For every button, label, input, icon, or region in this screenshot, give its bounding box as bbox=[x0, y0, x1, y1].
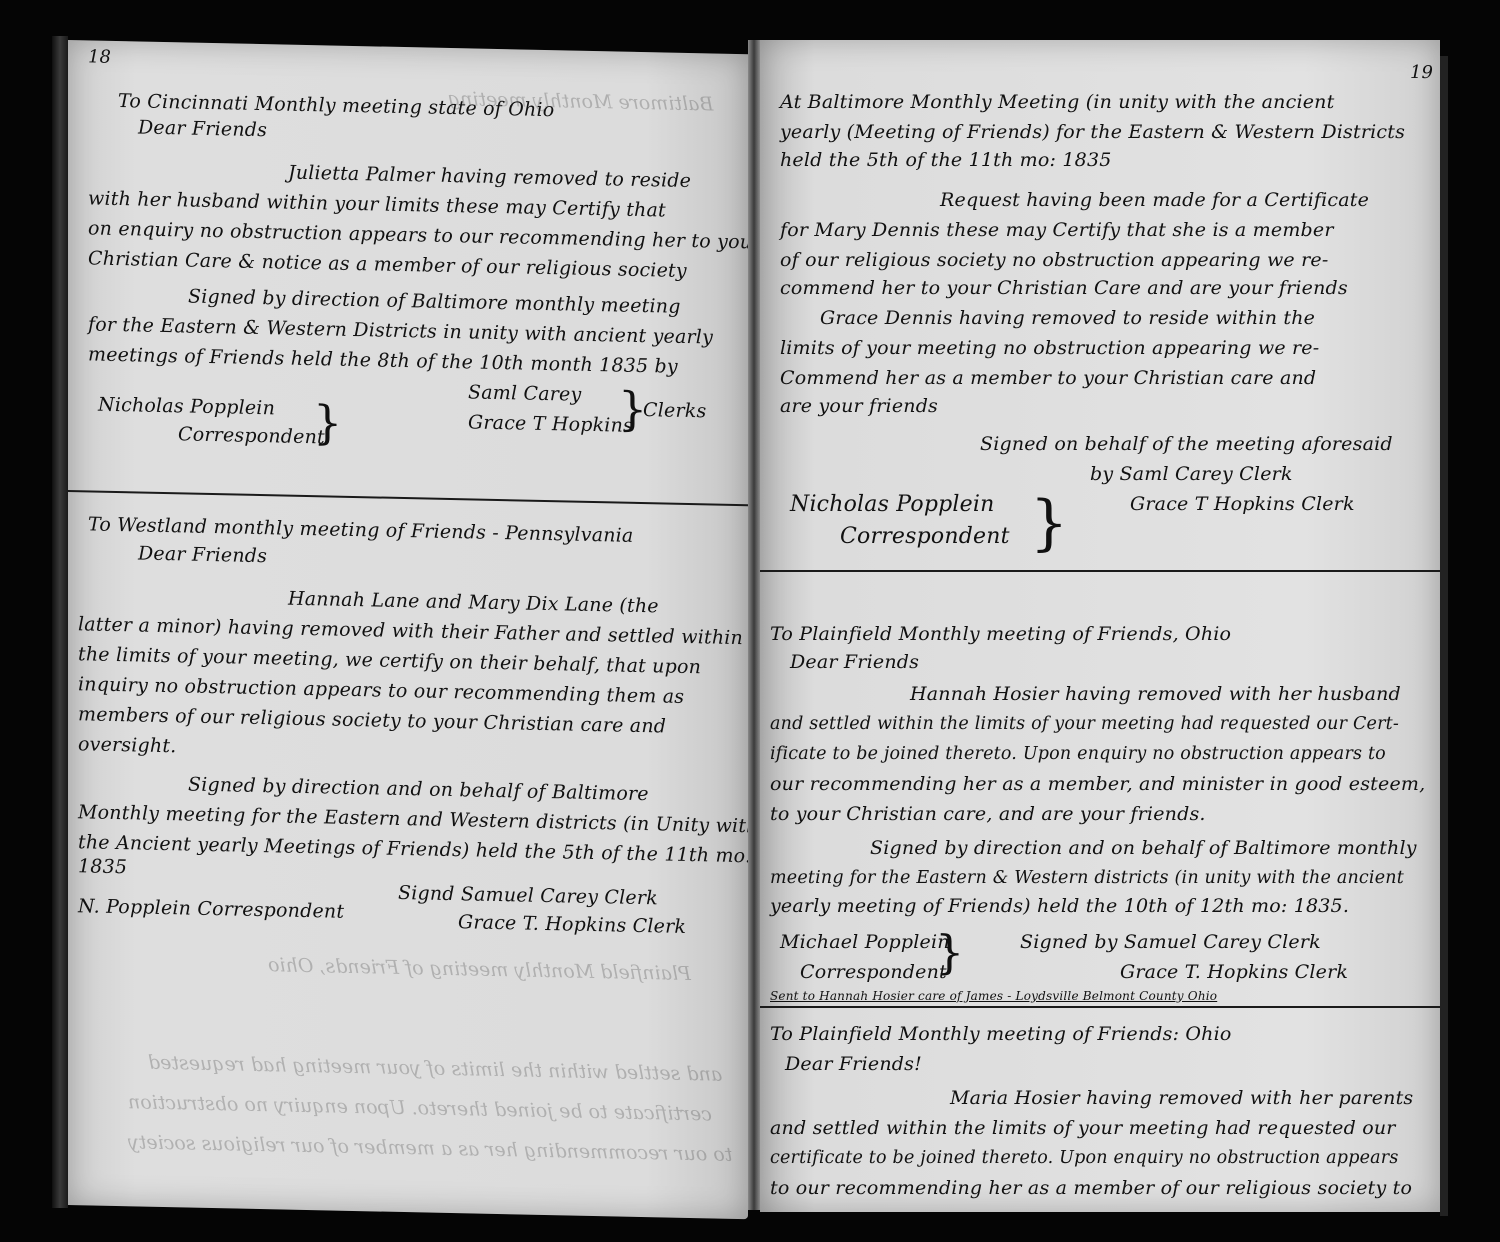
forwarding-note: Sent to Hannah Hosier care of James - Lo… bbox=[770, 988, 1217, 1004]
clerks-label: Clerks bbox=[643, 396, 706, 426]
entry-address: To Plainfield Monthly meeting of Friends… bbox=[770, 1020, 1232, 1049]
book-right-edge bbox=[1440, 56, 1448, 1216]
correspondent-name: Nicholas Popplein bbox=[790, 490, 994, 519]
entry-salutation: Dear Friends bbox=[138, 539, 267, 571]
entry-salutation: Dear Friends bbox=[790, 648, 919, 677]
entry-body-line: are your friends bbox=[780, 392, 938, 421]
brace-icon: } bbox=[1030, 488, 1068, 558]
book-gutter bbox=[748, 40, 760, 1210]
entry-body-line: 1835 bbox=[78, 852, 127, 882]
page-number: 18 bbox=[88, 46, 111, 67]
entry-body-line: our recommending her as a member, and mi… bbox=[770, 770, 1425, 799]
entry-salutation: Dear Friends bbox=[138, 113, 267, 145]
entry-body-line: of our religious society no obstruction … bbox=[780, 246, 1328, 275]
entry-body-line: meeting for the Eastern & Western distri… bbox=[770, 864, 1404, 893]
entry-body-line: for Mary Dennis these may Certify that s… bbox=[780, 216, 1334, 245]
entry-body-line: ificate to be joined thereto. Upon enqui… bbox=[770, 740, 1386, 769]
clerk-name: Saml Carey bbox=[468, 378, 581, 409]
entry-body-line: oversight. bbox=[78, 730, 176, 761]
entry-body-line: held the 5th of the 11th mo: 1835 bbox=[780, 146, 1112, 175]
entry-salutation: Dear Friends! bbox=[785, 1050, 922, 1079]
entry-body-line: commend her to your Christian Care and a… bbox=[780, 274, 1348, 303]
right-page: 19 At Baltimore Monthly Meeting (in unit… bbox=[760, 40, 1440, 1212]
entry-body-line: yearly (Meeting of Friends) for the East… bbox=[780, 118, 1405, 147]
brace-icon: } bbox=[935, 925, 964, 979]
entry-address: To Plainfield Monthly meeting of Friends… bbox=[770, 620, 1231, 649]
entry-body-line: yearly meeting of Friends) held the 10th… bbox=[770, 892, 1349, 921]
entry-body-line: and settled within the limits of your me… bbox=[770, 710, 1399, 739]
page-number: 19 bbox=[1410, 62, 1433, 83]
clerk-name: Grace T Hopkins bbox=[468, 408, 633, 440]
left-page: 18 Baltimore Monthly meeting Plainfield … bbox=[68, 40, 748, 1219]
entry-body-line: and settled within the limits of your me… bbox=[770, 1114, 1396, 1143]
entry-body-line: limits of your meeting no obstruction ap… bbox=[780, 334, 1319, 363]
correspondent-name: Nicholas Popplein bbox=[98, 391, 275, 424]
entry-body-line: certificate to be joined thereto. Upon e… bbox=[770, 1144, 1399, 1173]
entry-body-line: to our recommending her as a member of o… bbox=[770, 1174, 1412, 1203]
signed-line: Signed by Samuel Carey Clerk bbox=[1020, 928, 1321, 957]
correspondent: N. Popplein Correspondent bbox=[78, 892, 344, 927]
signed-line: Grace T. Hopkins Clerk bbox=[458, 908, 686, 942]
entry-body-line: Signed on behalf of the meeting aforesai… bbox=[980, 430, 1393, 459]
book-left-edge bbox=[52, 36, 68, 1208]
correspondent-label: Correspondent bbox=[178, 420, 325, 452]
section-divider bbox=[68, 490, 748, 506]
entry-body-line: Grace Dennis having removed to reside wi… bbox=[820, 304, 1315, 333]
entry-body-line: Commend her as a member to your Christia… bbox=[780, 364, 1316, 393]
correspondent-label: Correspondent bbox=[800, 958, 947, 987]
brace-icon: } bbox=[313, 395, 342, 450]
entry-body-line: Maria Hosier having removed with her par… bbox=[950, 1084, 1413, 1113]
signed-line: Grace T. Hopkins Clerk bbox=[1120, 958, 1348, 987]
clerk-line: Grace T Hopkins Clerk bbox=[1130, 490, 1355, 519]
signed-line: Signd Samuel Carey Clerk bbox=[398, 879, 658, 913]
entry-body-line: to your Christian care, and are your fri… bbox=[770, 800, 1206, 829]
entry-body-line: Hannah Hosier having removed with her hu… bbox=[910, 680, 1401, 709]
section-divider bbox=[760, 570, 1440, 572]
correspondent-label: Correspondent bbox=[840, 522, 1010, 551]
entry-body-line: At Baltimore Monthly Meeting (in unity w… bbox=[780, 88, 1334, 117]
clerk-line: by Saml Carey Clerk bbox=[1090, 460, 1293, 489]
entry-body-line: Request having been made for a Certifica… bbox=[940, 186, 1369, 215]
correspondent-name: Michael Popplein bbox=[780, 928, 950, 957]
section-divider bbox=[760, 1006, 1440, 1008]
entry-body-line: Signed by direction and on behalf of Bal… bbox=[870, 834, 1417, 863]
